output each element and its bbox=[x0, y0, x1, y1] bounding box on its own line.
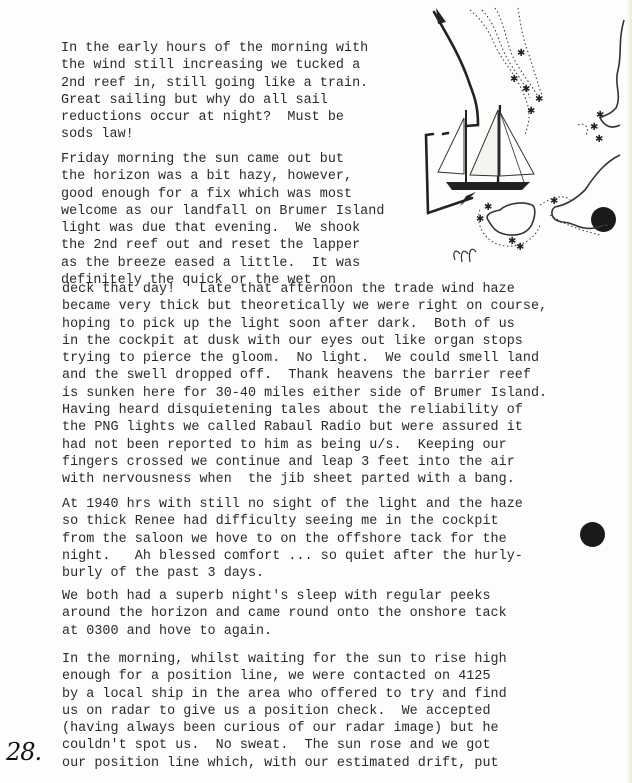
text-line: at 0300 and hove to again. bbox=[62, 623, 507, 640]
text-line: became very thick but theoretically we w… bbox=[62, 298, 547, 315]
text-line: sods law! bbox=[61, 126, 368, 143]
sailing-map-illustration: ✱ ✱ ✱ ✱ ✱ ✱ ✱ ✱ ✱ ✱ ✱ ✱ ✱ bbox=[400, 0, 632, 280]
paragraph-4: At 1940 hrs with still no sight of the l… bbox=[62, 496, 523, 582]
text-line: around the horizon and came round onto t… bbox=[62, 605, 507, 622]
paragraph-2: Friday morning the sun came out butthe h… bbox=[61, 151, 384, 289]
text-line: the wind still increasing we tucked a bbox=[61, 57, 368, 74]
text-line: in the cockpit at dusk with our eyes out… bbox=[62, 333, 547, 350]
paragraph-5: We both had a superb night's sleep with … bbox=[62, 588, 507, 640]
svg-text:✱: ✱ bbox=[510, 74, 518, 85]
sailboat-icon bbox=[438, 105, 534, 190]
text-line: trying to pierce the gloom. No light. We… bbox=[62, 350, 547, 367]
text-line: the horizon was a bit hazy, however, bbox=[61, 168, 384, 185]
text-line: our position line which, with our estima… bbox=[62, 755, 507, 772]
text-line: night. Ah blessed comfort ... so quiet a… bbox=[62, 548, 523, 565]
text-line: so thick Renee had difficulty seeing me … bbox=[62, 513, 523, 530]
text-line: fingers crossed we continue and leap 3 f… bbox=[62, 454, 547, 471]
svg-text:✱: ✱ bbox=[590, 122, 598, 133]
text-line: In the early hours of the morning with bbox=[61, 40, 368, 57]
text-line: and the swell dropped off. Thank heavens… bbox=[62, 367, 547, 384]
svg-text:✱: ✱ bbox=[535, 94, 543, 105]
text-line: In the morning, whilst waiting for the s… bbox=[62, 651, 507, 668]
text-line: deck that day! Late that afternoon the t… bbox=[62, 281, 547, 298]
svg-text:✱: ✱ bbox=[517, 48, 525, 59]
svg-text:✱: ✱ bbox=[484, 202, 492, 213]
text-line: reductions occur at night? Must be bbox=[61, 109, 368, 126]
text-line: with nervousness when the jib sheet part… bbox=[62, 471, 547, 488]
text-line: the 2nd reef out and reset the lapper bbox=[61, 237, 384, 254]
text-line: We both had a superb night's sleep with … bbox=[62, 588, 507, 605]
text-line: At 1940 hrs with still no sight of the l… bbox=[62, 496, 523, 513]
text-line: is sunken here for 30-40 miles either si… bbox=[62, 385, 547, 402]
text-line: welcome as our landfall on Brumer Island bbox=[61, 203, 384, 220]
paragraph-1: In the early hours of the morning withth… bbox=[61, 40, 368, 144]
svg-text:✱: ✱ bbox=[476, 214, 484, 225]
text-line: (having always been curious of our radar… bbox=[62, 720, 507, 737]
paragraph-3: deck that day! Late that afternoon the t… bbox=[62, 281, 547, 489]
text-line: as the breeze eased a little. It was bbox=[61, 255, 384, 272]
text-line: had not been reported to him as being u/… bbox=[62, 437, 547, 454]
text-line: Having heard disquietening tales about t… bbox=[62, 402, 547, 419]
svg-text:✱: ✱ bbox=[595, 134, 603, 145]
text-line: from the saloon we hove to on the offsho… bbox=[62, 531, 523, 548]
wave-icon bbox=[454, 249, 476, 262]
text-line: enough for a position line, we were cont… bbox=[62, 668, 507, 685]
text-line: couldn't spot us. No sweat. The sun rose… bbox=[62, 737, 507, 754]
text-line: burly of the past 3 days. bbox=[62, 565, 523, 582]
text-line: light was due that evening. We shook bbox=[61, 220, 384, 237]
svg-text:✱: ✱ bbox=[522, 84, 530, 95]
text-line: Friday morning the sun came out but bbox=[61, 151, 384, 168]
text-line: by a local ship in the area who offered … bbox=[62, 686, 507, 703]
paragraph-6: In the morning, whilst waiting for the s… bbox=[62, 651, 507, 772]
text-line: the PNG lights we called Rabaul Radio bu… bbox=[62, 419, 547, 436]
text-line: hoping to pick up the light soon after d… bbox=[62, 316, 547, 333]
text-line: us on radar to give us a position check.… bbox=[62, 703, 507, 720]
text-line: 2nd reef in, still going like a train. bbox=[61, 75, 368, 92]
page-number: 28. bbox=[6, 738, 41, 766]
text-line: Great sailing but why do all sail bbox=[61, 92, 368, 109]
text-line: good enough for a fix which was most bbox=[61, 186, 384, 203]
svg-text:✱: ✱ bbox=[527, 106, 535, 117]
svg-text:✱: ✱ bbox=[550, 196, 558, 207]
punch-hole bbox=[580, 522, 605, 547]
